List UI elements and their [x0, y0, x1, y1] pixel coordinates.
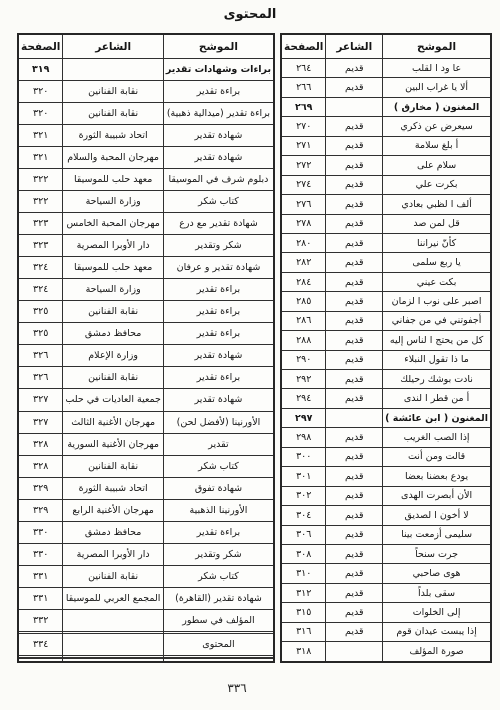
cell-poet: محافظ دمشق [63, 521, 164, 543]
table-row: شهادة تقديروزارة الإعلام٣٢٦ [18, 345, 274, 367]
cell-poet: قديم [326, 583, 383, 602]
cell-page-number: ٣٣٠ [18, 543, 63, 565]
cell-page-number: ٣٢٨ [18, 433, 63, 455]
table-row: ما ذا تقول النبلاءقديم٢٩٠ [281, 350, 491, 369]
cell-page-number: ٣١٦ [281, 622, 326, 641]
cell-muwashshah: عا ود ا لقلب [383, 59, 491, 78]
toc-table-second: الموشح الشاعر الصفحة براءات وشهادات تقدي… [17, 33, 275, 663]
cell-page-number: ٣١٢ [281, 583, 326, 602]
cell-page-number: ٢٧٨ [281, 214, 326, 233]
table-row: براءة تقدير (ميدالية ذهبية)نقابة الفناني… [18, 103, 274, 125]
table-row: يا ربع سلمىقديم٢٨٢ [281, 253, 491, 272]
cell-muwashshah: إلى الخلوات [383, 603, 491, 622]
table-row: براءة تقديرمحافظ دمشق٣٢٥ [18, 323, 274, 345]
table-row: سليمى أزمعت بيناقديم٣٠٦ [281, 525, 491, 544]
cell-muwashshah: سلام على [383, 156, 491, 175]
contents-page: المحتوى الموشح الشاعر الصفحة عا ود ا لقل… [0, 0, 500, 663]
cell-poet: مهرجان الأغنية الثالث [63, 411, 164, 433]
table-row: كتاب شكروزارة السياحة٣٢٢ [18, 191, 274, 213]
cell-poet: اتحاد شبيبة الثورة [63, 477, 164, 499]
table-row: شهادة تقديرمهرجان المحبة والسلام٣٢١ [18, 147, 274, 169]
cell-page-number: ٣٠٨ [281, 544, 326, 563]
cell-muwashshah: براءات وشهادات تقدير [163, 59, 274, 81]
cell-page-number: ٣٠٦ [281, 525, 326, 544]
cell-page-number: ٣٣٢ [18, 609, 63, 631]
cell-poet: قديم [326, 603, 383, 622]
cell-page-number: ٣١٨ [281, 642, 326, 662]
cell-muwashshah: إذا الصب الغريب [383, 428, 491, 447]
cell-poet: قديم [326, 622, 383, 641]
cell-poet: قديم [326, 428, 383, 447]
cell-muwashshah: شهادة تفوق [163, 477, 274, 499]
cell-muwashshah: شهادة تقدير (القاهرة) [163, 587, 274, 609]
cell-muwashshah: صورة المؤلف [383, 642, 491, 662]
cell-muwashshah: المؤلف في سطور [163, 609, 274, 631]
cell-poet: معهد حلب للموسيقا [63, 169, 164, 191]
table-row: أ من قطر ا لندىقديم٢٩٤ [281, 389, 491, 408]
table-row: كل من يحتج ا لناس إليهقديم٢٨٨ [281, 331, 491, 350]
cell-page-number: ٣٢٦ [18, 367, 63, 389]
cell-muwashshah: شكر وتقدير [163, 235, 274, 257]
cell-page-number: ٢٦٤ [281, 59, 326, 78]
cell-page-number: ٣٢٧ [18, 389, 63, 411]
table-row: شهادة تقديراتحاد شبيبة الثورة٣٢١ [18, 125, 274, 147]
cell-poet: مهرجان الأغنية الرابع [63, 499, 164, 521]
cell-poet: مهرجان المحبة والسلام [63, 147, 164, 169]
cell-muwashshah: شهادة تقدير [163, 125, 274, 147]
cell-muwashshah: ألف ا لظبي بعادي [383, 195, 491, 214]
cell-muwashshah: نادت بوشك رحيلك [383, 370, 491, 389]
header-row: الموشح الشاعر الصفحة [18, 34, 274, 59]
cell-poet: قديم [326, 467, 383, 486]
cell-poet [326, 408, 383, 427]
cell-page-number: ٣٢٠ [18, 103, 63, 125]
cell-page-number: ٢٧٠ [281, 117, 326, 136]
table-row: نادت بوشك رحيلكقديم٢٩٢ [281, 370, 491, 389]
cell-page-number: ٣٢١ [18, 147, 63, 169]
table-row: إذا يبست عيدان قومقديم٣١٦ [281, 622, 491, 641]
table-row: شهادة تقدير و عرفانمعهد حلب للموسيقا٣٢٤ [18, 257, 274, 279]
table-row: عا ود ا لقلبقديم٢٦٤ [281, 59, 491, 78]
cell-muwashshah: إذا يبست عيدان قوم [383, 622, 491, 641]
cell-page-number: ٢٩٤ [281, 389, 326, 408]
section-row: المغنون ( ابن عائشة )٢٩٧ [281, 408, 491, 427]
cell-page-number: ٣٣١ [18, 587, 63, 609]
cell-poet: قديم [326, 292, 383, 311]
cell-poet: قديم [326, 486, 383, 505]
page-title: المحتوى [0, 0, 500, 22]
cell-poet: مهرجان المحبة الخامس [63, 213, 164, 235]
table-row: شهادة تفوقاتحاد شبيبة الثورة٣٢٩ [18, 477, 274, 499]
cell-page-number: ٣٠١ [281, 467, 326, 486]
cell-page-number: ٢٧٦ [281, 195, 326, 214]
contents-tables: الموشح الشاعر الصفحة عا ود ا لقلبقديم٢٦٤… [17, 33, 492, 663]
cell-poet: نقابة الفنانين [63, 301, 164, 323]
table-row: كتاب شكرنقابة الفنانين٣٣١ [18, 565, 274, 587]
column-header-muwashshah: الموشح [163, 34, 274, 59]
cell-poet: قديم [326, 389, 383, 408]
table-row: بكت عينيقديم٢٨٤ [281, 272, 491, 291]
table-row: شكر وتقديردار الأوبرا المصرية٣٣٠ [18, 543, 274, 565]
cell-muwashshah: سيعرض عن ذكري [383, 117, 491, 136]
cell-page-number: ٣٢٢ [18, 169, 63, 191]
cell-muwashshah: براءة تقدير [163, 521, 274, 543]
cell-poet: قديم [326, 506, 383, 525]
table-row: سلام علىقديم٢٧٢ [281, 156, 491, 175]
column-header-page: الصفحة [281, 34, 326, 59]
section-row: المغنون ( مخارق )٢٦٩ [281, 97, 491, 116]
cell-page-number: ٣٣٠ [18, 521, 63, 543]
table-row: بكرت عليقديم٢٧٤ [281, 175, 491, 194]
table-row: براءة تقديرمحافظ دمشق٣٣٠ [18, 521, 274, 543]
cell-poet: قديم [326, 311, 383, 330]
cell-poet: قديم [326, 233, 383, 252]
table-row: هوى صاحبيقديم٣١٠ [281, 564, 491, 583]
cell-muwashshah: المغنون ( ابن عائشة ) [383, 408, 491, 427]
cell-muwashshah: الأورنينا (لأفضل لحن) [163, 411, 274, 433]
table-row: دبلوم شرف في الموسيقامعهد حلب للموسيقا٣٢… [18, 169, 274, 191]
cell-poet: دار الأوبرا المصرية [63, 543, 164, 565]
cell-muwashshah: ألا يا غراب البين [383, 78, 491, 97]
cell-muwashshah: قل لمن صد [383, 214, 491, 233]
cell-muwashshah: شكر وتقدير [163, 543, 274, 565]
cell-page-number: ٣٢٨ [18, 455, 63, 477]
cell-page-number: ٢٦٩ [281, 97, 326, 116]
cell-page-number: ٢٩٨ [281, 428, 326, 447]
cell-poet: قديم [326, 253, 383, 272]
cell-page-number: ٣٣٤ [18, 633, 63, 655]
cell-poet: محافظ دمشق [63, 323, 164, 345]
cell-muwashshah: جرت سنحاً [383, 544, 491, 563]
cell-muwashshah: كأنّ نيراننا [383, 233, 491, 252]
cell-poet: وزارة السياحة [63, 191, 164, 213]
cell-poet [63, 59, 164, 81]
cell-page-number: ٢٨٤ [281, 272, 326, 291]
table-row: سيعرض عن ذكريقديم٢٧٠ [281, 117, 491, 136]
cell-page-number: ٣٢٣ [18, 235, 63, 257]
footer-page-number: ٣٣٦ [0, 681, 474, 695]
section-row: براءات وشهادات تقدير٣١٩ [18, 59, 274, 81]
cell-page-number: ٢٧٤ [281, 175, 326, 194]
cell-page-number: ٣٢١ [18, 125, 63, 147]
cell-muwashshah: المغنون ( مخارق ) [383, 97, 491, 116]
cell-poet: قديم [326, 78, 383, 97]
cell-muwashshah: لا أخون ا لصديق [383, 506, 491, 525]
cell-muwashshah: شهادة تقدير و عرفان [163, 257, 274, 279]
cell-page-number: ٣٢٩ [18, 477, 63, 499]
cell-poet: نقابة الفنانين [63, 103, 164, 125]
cell-page-number: ٢٧٢ [281, 156, 326, 175]
cell-page-number: ٣٢٧ [18, 411, 63, 433]
table-row: شهادة تقديرجمعية العاديات في حلب٣٢٧ [18, 389, 274, 411]
cell-page-number: ٣٣١ [18, 565, 63, 587]
cell-poet: معهد حلب للموسيقا [63, 257, 164, 279]
cell-poet: اتحاد شبيبة الثورة [63, 125, 164, 147]
cell-muwashshah [163, 659, 274, 662]
cell-muwashshah: كتاب شكر [163, 455, 274, 477]
cell-muwashshah: شهادة تقدير [163, 345, 274, 367]
cell-page-number: ٣٢٠ [18, 81, 63, 103]
cell-muwashshah: كتاب شكر [163, 191, 274, 213]
cell-muwashshah: يا ربع سلمى [383, 253, 491, 272]
cell-muwashshah: شهادة تقدير [163, 147, 274, 169]
cell-poet: قديم [326, 525, 383, 544]
cell-muwashshah: سليمى أزمعت بينا [383, 525, 491, 544]
table-row: الأورنينا الذهبيةمهرجان الأغنية الرابع٣٢… [18, 499, 274, 521]
cell-page-number [18, 659, 63, 662]
cell-muwashshah: قالت ومن أنت [383, 447, 491, 466]
cell-poet: نقابة الفنانين [63, 367, 164, 389]
table-row: إلى الخلواتقديم٣١٥ [281, 603, 491, 622]
cell-poet: المجمع العربي للموسيقا [63, 587, 164, 609]
cell-muwashshah: دبلوم شرف في الموسيقا [163, 169, 274, 191]
cell-poet: جمعية العاديات في حلب [63, 389, 164, 411]
cell-poet [326, 97, 383, 116]
cell-muwashshah: الأن أبصرت الهدى [383, 486, 491, 505]
cell-poet [63, 659, 164, 662]
table-row: المؤلف في سطور٣٣٢ [18, 609, 274, 631]
cell-poet: قديم [326, 544, 383, 563]
cell-page-number: ٢٦٦ [281, 78, 326, 97]
cell-muwashshah: أ بلغ سلامة [383, 136, 491, 155]
cell-poet: مهرجان الأغنية السورية [63, 433, 164, 455]
cell-poet: نقابة الفنانين [63, 81, 164, 103]
header-row: الموشح الشاعر الصفحة [281, 34, 491, 59]
cell-poet: قديم [326, 272, 383, 291]
table-row: براءة تقديروزارة السياحة٣٢٤ [18, 279, 274, 301]
cell-muwashshah: يودع بعضنا بعضا [383, 467, 491, 486]
table-row: سقى بلداًقديم٣١٢ [281, 583, 491, 602]
cell-muwashshah: أجفوتني في من جفاني [383, 311, 491, 330]
table-row: لا أخون ا لصديققديم٣٠٤ [281, 506, 491, 525]
cell-poet: قديم [326, 117, 383, 136]
cell-page-number: ٣٢٩ [18, 499, 63, 521]
table-row: شكر وتقديردار الأوبرا المصرية٣٢٣ [18, 235, 274, 257]
cell-page-number: ٣١٩ [18, 59, 63, 81]
cell-muwashshah: اصبر على نوب ا لزمان [383, 292, 491, 311]
cell-page-number: ٢٨٨ [281, 331, 326, 350]
table-row: جرت سنحاًقديم٣٠٨ [281, 544, 491, 563]
cell-page-number: ٣٢٥ [18, 323, 63, 345]
cell-muwashshah: كل من يحتج ا لناس إليه [383, 331, 491, 350]
cell-muwashshah: براءة تقدير (ميدالية ذهبية) [163, 103, 274, 125]
cell-page-number: ٣٠٤ [281, 506, 326, 525]
cell-poet [326, 642, 383, 662]
cell-page-number: ٢٩٠ [281, 350, 326, 369]
cell-muwashshah: كتاب شكر [163, 565, 274, 587]
cell-poet: قديم [326, 447, 383, 466]
cell-poet: قديم [326, 156, 383, 175]
cell-muwashshah: براءة تقدير [163, 323, 274, 345]
toc-table-first: الموشح الشاعر الصفحة عا ود ا لقلبقديم٢٦٤… [280, 33, 492, 663]
cell-poet: قديم [326, 136, 383, 155]
column-header-page: الصفحة [18, 34, 63, 59]
table-row: أ بلغ سلامةقديم٢٧١ [281, 136, 491, 155]
table-row: ألا يا غراب البينقديم٢٦٦ [281, 78, 491, 97]
column-header-muwashshah: الموشح [383, 34, 491, 59]
cell-poet: قديم [326, 350, 383, 369]
cell-page-number: ٣٢٣ [18, 213, 63, 235]
cell-page-number: ٣٠٢ [281, 486, 326, 505]
cell-page-number: ٣٢٤ [18, 279, 63, 301]
cell-page-number: ٣٠٠ [281, 447, 326, 466]
table-row: الأورنينا (لأفضل لحن)مهرجان الأغنية الثا… [18, 411, 274, 433]
table-row: كتاب شكرنقابة الفنانين٣٢٨ [18, 455, 274, 477]
cell-page-number: ٢٨٦ [281, 311, 326, 330]
cell-poet: قديم [326, 331, 383, 350]
table-row: براءة تقديرنقابة الفنانين٣٢٦ [18, 367, 274, 389]
table-row: اصبر على نوب ا لزمانقديم٢٨٥ [281, 292, 491, 311]
table-row: براءة تقديرنقابة الفنانين٣٢٠ [18, 81, 274, 103]
table-row: شهادة تقدير مع درعمهرجان المحبة الخامس٣٢… [18, 213, 274, 235]
cell-poet: قديم [326, 59, 383, 78]
cell-muwashshah: شهادة تقدير مع درع [163, 213, 274, 235]
cell-poet: دار الأوبرا المصرية [63, 235, 164, 257]
cell-page-number: ٢٩٢ [281, 370, 326, 389]
cell-muwashshah: ما ذا تقول النبلاء [383, 350, 491, 369]
cell-page-number: ٣٢٥ [18, 301, 63, 323]
cell-page-number: ٢٧١ [281, 136, 326, 155]
table-row: قالت ومن أنتقديم٣٠٠ [281, 447, 491, 466]
cell-muwashshah: تقدير [163, 433, 274, 455]
cell-muwashshah: سقى بلداً [383, 583, 491, 602]
cell-muwashshah: الأورنينا الذهبية [163, 499, 274, 521]
table-row: قل لمن صدقديم٢٧٨ [281, 214, 491, 233]
cell-poet: وزارة الإعلام [63, 345, 164, 367]
column-header-poet: الشاعر [63, 34, 164, 59]
cell-page-number: ٢٩٧ [281, 408, 326, 427]
cell-poet [63, 633, 164, 655]
cell-page-number: ٢٨٠ [281, 233, 326, 252]
cell-muwashshah: شهادة تقدير [163, 389, 274, 411]
table-row: المحتوى٣٣٤ [18, 633, 274, 655]
cell-poet: قديم [326, 195, 383, 214]
cell-page-number: ٣٢٢ [18, 191, 63, 213]
cell-poet: وزارة السياحة [63, 279, 164, 301]
table-row: يودع بعضنا بعضاقديم٣٠١ [281, 467, 491, 486]
cell-poet: قديم [326, 370, 383, 389]
table-row [18, 659, 274, 662]
table-row: براءة تقديرنقابة الفنانين٣٢٥ [18, 301, 274, 323]
cell-poet [63, 609, 164, 631]
cell-page-number: ٢٨٥ [281, 292, 326, 311]
table-row: تقديرمهرجان الأغنية السورية٣٢٨ [18, 433, 274, 455]
table-row: الأن أبصرت الهدىقديم٣٠٢ [281, 486, 491, 505]
cell-muwashshah: هوى صاحبي [383, 564, 491, 583]
table-row: إذا الصب الغريبقديم٢٩٨ [281, 428, 491, 447]
cell-muwashshah: براءة تقدير [163, 81, 274, 103]
cell-page-number: ٣١٥ [281, 603, 326, 622]
cell-poet: نقابة الفنانين [63, 455, 164, 477]
cell-poet: قديم [326, 564, 383, 583]
cell-poet: نقابة الفنانين [63, 565, 164, 587]
cell-page-number: ٣٢٦ [18, 345, 63, 367]
cell-muwashshah: براءة تقدير [163, 367, 274, 389]
table-row: كأنّ نيرانناقديم٢٨٠ [281, 233, 491, 252]
cell-poet: قديم [326, 214, 383, 233]
table-row: أجفوتني في من جفانيقديم٢٨٦ [281, 311, 491, 330]
cell-muwashshah: المحتوى [163, 633, 274, 655]
column-header-poet: الشاعر [326, 34, 383, 59]
cell-muwashshah: براءة تقدير [163, 279, 274, 301]
cell-muwashshah: بكرت علي [383, 175, 491, 194]
cell-page-number: ٣١٠ [281, 564, 326, 583]
cell-muwashshah: براءة تقدير [163, 301, 274, 323]
table-row: صورة المؤلف٣١٨ [281, 642, 491, 662]
cell-muwashshah: بكت عيني [383, 272, 491, 291]
cell-muwashshah: أ من قطر ا لندى [383, 389, 491, 408]
table-row: شهادة تقدير (القاهرة)المجمع العربي للموس… [18, 587, 274, 609]
table-row: ألف ا لظبي بعاديقديم٢٧٦ [281, 195, 491, 214]
cell-page-number: ٢٨٢ [281, 253, 326, 272]
cell-page-number: ٣٢٤ [18, 257, 63, 279]
cell-poet: قديم [326, 175, 383, 194]
